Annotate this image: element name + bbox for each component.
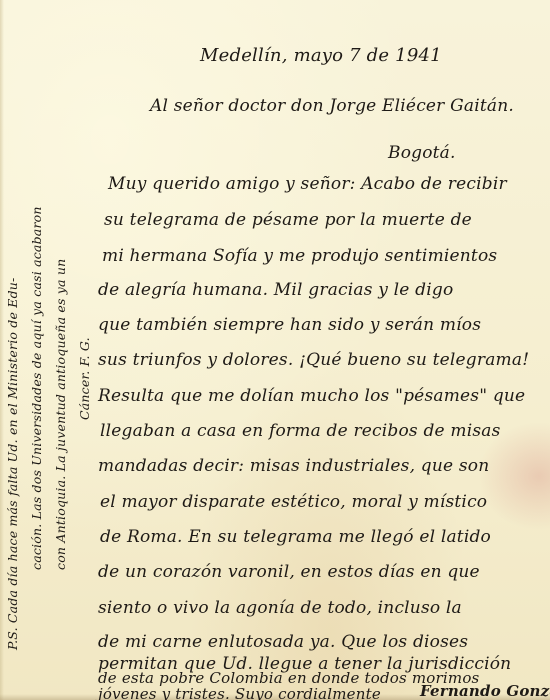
body-line: mandadas decir: misas industriales, que … [98, 456, 489, 476]
body-line: llegaban a casa en forma de recibos de m… [100, 421, 501, 441]
postscript-margin-note: P.S. Cada día hace más falta Ud. en el M… [0, 0, 110, 700]
signature: Fernando González [420, 681, 550, 700]
body-line: Muy querido amigo y señor: Acabo de reci… [108, 174, 507, 194]
letter-place-date: Medellín, mayo 7 de 1941 [200, 46, 442, 66]
letter-city: Bogotá. [388, 143, 456, 163]
postscript-line: cación. Las dos Universidades de aquí ya… [30, 206, 44, 570]
postscript-line: P.S. Cada día hace más falta Ud. en el M… [6, 278, 20, 650]
letter-addressee: Al señor doctor don Jorge Eliécer Gaitán… [150, 96, 514, 116]
body-line: su telegrama de pésame por la muerte de [104, 210, 472, 230]
body-line: que también siempre han sido y serán mío… [98, 315, 481, 335]
body-line: de alegría humana. Mil gracias y le digo [98, 280, 453, 300]
body-line: de Roma. En su telegrama me llegó el lat… [100, 527, 491, 547]
postscript-line: Cáncer. F. G. [78, 337, 92, 420]
body-line: Resulta que me dolían mucho los "pésames… [98, 386, 525, 406]
body-line: de mi carne enlutosada ya. Que los diose… [98, 632, 468, 652]
body-line: de un corazón varonil, en estos días en … [98, 562, 480, 582]
body-line-closing: jóvenes y tristes. Suyo cordialmente [98, 684, 381, 700]
body-line: el mayor disparate estético, moral y mís… [100, 492, 487, 512]
body-line: mi hermana Sofía y me produjo sentimient… [102, 246, 497, 266]
body-line: sus triunfos y dolores. ¡Qué bueno su te… [98, 350, 529, 370]
body-line: siento o vivo la agonía de todo, incluso… [98, 598, 462, 618]
postscript-line: con Antioquia. La juventud antioqueña es… [54, 259, 68, 570]
